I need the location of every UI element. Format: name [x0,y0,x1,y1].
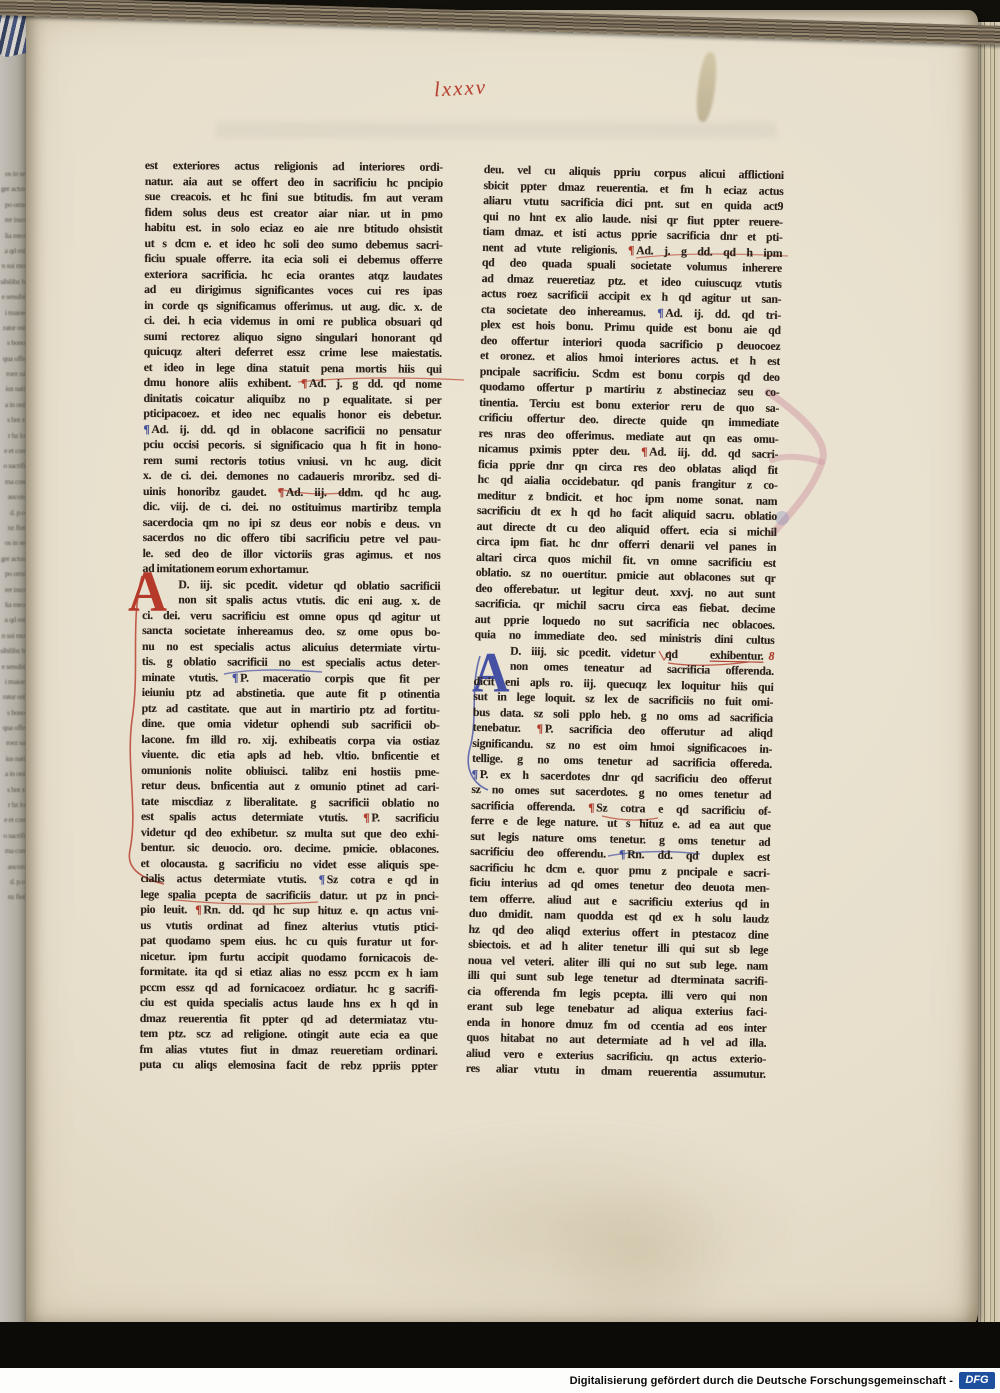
gutter-fragment: a qd est [0,243,28,258]
gutter-fragment: r hz lo [0,428,28,443]
gutter-fragment: roez sa [0,735,28,750]
text-line: ut s dcm e. et ideo hc soli deo sumo deb… [144,235,442,252]
text-line: nicetur. ipm furtu accipit quodamo forni… [140,948,438,965]
text-line: omunionis nolite obliuisci. talibz eni h… [141,762,439,779]
blue-paragraph-mark: ¶ [232,670,240,684]
manuscript-page: lxxxv A A est exteriores actus religioni… [26,10,978,1332]
parchment-stain [546,1180,736,1330]
text-line: fidem solus deus est creator aiar niar. … [145,204,443,221]
gutter-fragment: po oms [0,197,28,212]
gutter-fragment: a in oni [0,397,28,412]
text-line: pccm essz qd ad fornicacoez ordiatur. hc… [140,979,438,996]
text-line: sumi rectorez aliquo signo singulari hon… [144,328,442,345]
gutter-fragment: ratur ost [0,689,28,704]
text-line: x. de ci. dei. demones no cadaueris mror… [143,468,441,485]
gutter-fragment: roez sa [0,366,28,381]
text-line: ieiuniu ptz ad abstinetia. que aute fit … [142,685,440,702]
text-line: dine. que omia videtur ophendi sub sacri… [141,716,439,733]
red-underlined-word: exhibentur. [710,647,764,662]
text-line: et ideo in lege dina statuit pena mortis… [144,359,442,376]
gutter-fragment: lia meo [0,597,28,612]
digitization-credit-bar: Digitalisierung gefördert durch die Deut… [0,1368,1000,1393]
gutter-fragment: e sensibi [0,659,28,674]
text-line: et olocausta. g sacrificiu no videt esse… [141,855,439,872]
gutter-fragment: sibilibz h [0,643,28,658]
gutter-fragment: s bono [0,335,28,350]
text-line: pciu occisi pecoris. si significacio qua… [143,437,441,454]
gutter-fragment: n sui mo [0,628,28,643]
parchment-stain [326,1120,806,1330]
red-paragraph-mark: ¶ [537,721,545,735]
gutter-fragment: r hz lo [0,797,28,812]
red-paragraph-mark: ¶ [278,484,286,498]
pink-marginal-ornament [772,457,822,462]
gutter-fragment: d. p.o [0,874,28,889]
bleedthrough-band [216,122,776,138]
text-line: tem ptz. scz ad religione. otingit aute … [140,1026,438,1043]
text-line: in corde qs significamus offerimus. ut a… [144,297,442,314]
text-line: dinitatis coicatur aliquibz no p equalit… [143,390,441,407]
gutter-fragment: s hnt x [0,782,28,797]
text-column-right: deu. vel cu aliquis ppriu corpus alicui … [466,162,784,1082]
text-line: habitu est. in solo eciaz eo aie nre bti… [145,220,443,237]
text-line: rem sumi rectoris totius vniusi. vn hc a… [143,452,441,469]
gutter-fragment: i maioe [0,674,28,689]
text-line: retur deus. bnficentia aut z omunio ptin… [141,778,439,795]
gutter-fragment: ger actus [0,181,28,196]
gutter-fragment: a in oni [0,766,28,781]
gutter-fragment: d. p.o [0,505,28,520]
text-line: lacone. fm illd ro. xij. exhibeatis corp… [141,731,439,748]
gutter-fragment: e sensibi [0,289,28,304]
blue-paragraph-mark: ¶ [143,421,151,435]
text-line: ad eu dirigimus significantes voces cui … [144,282,442,299]
text-line: natur. aia aut se offert deo in sacrific… [145,173,443,190]
text-line: est exteriores actus religionis ad inter… [145,158,443,175]
gutter-fragment: qua offe [0,720,28,735]
gutter-fragment: ma con [0,843,28,858]
text-line: ptz ad castitate. que aut in martirio pt… [142,700,440,717]
gutter-fragment: lia meo [0,228,28,243]
text-line: dmaz reuerentia fit ppter qd ad determia… [140,1010,438,1027]
text-line: sacerdocia qm no ipi sz deus eor nobis e… [143,514,441,531]
text-line: viuente. dic etia apls ad heb. vltio. bn… [141,747,439,764]
gutter-fragment: n sui mo [0,258,28,273]
text-line: ci. dei. h ecia videmus in omi re public… [144,313,442,330]
text-line: le. sed deo de illor victoriis gras agim… [143,545,441,562]
gutter-fragment: a qd est [0,612,28,627]
blue-paragraph-mark: ¶ [657,305,665,319]
red-paragraph-mark: ¶ [588,800,596,814]
gutter-fragment: sibilibz h [0,274,28,289]
text-line: formitate. ita qd si etiaz alias no essz… [140,964,438,981]
text-line: cialis actus determiate vtutis. ¶Sz cotr… [141,871,439,888]
text-line: uinis honoribz gaudet. ¶Ad. iij. ddm. qd… [143,483,441,500]
red-paragraph-mark: ¶ [628,242,636,256]
red-paragraph-mark: ¶ [195,902,203,916]
text-column-left: est exteriores actus religionis ad inter… [139,158,443,1074]
text-line: sacerdos no dic offero tibi sacrificiu p… [143,530,441,547]
gutter-fragment: rer inso [0,582,28,597]
red-paragraph-mark: ¶ [641,444,649,458]
text-line: minate vtutis. ¶P. maceratio corpis que … [142,669,440,686]
gutter-fragment: nz fiut [0,520,28,535]
text-line: us vtutis ordinat ad finez alterius vtut… [140,917,438,934]
text-line: pio leuit. ¶Rn. dd. qd hc sup hituz e. q… [140,902,438,919]
text-line: sancta societate inhereamus deo. sz ome … [142,623,440,640]
gutter-fragment: os in se [0,166,28,181]
text-line: ¶Ad. ij. dd. qd in oblacone sacrificii n… [143,421,441,438]
red-reference-mark: 8 [763,648,774,662]
credit-text: Digitalisierung gefördert durch die Deut… [570,1375,953,1387]
gutter-fragment: ma con [0,474,28,489]
gutter-fragment: e et con [0,812,28,827]
gutter-fragment: e et con [0,443,28,458]
blue-paragraph-mark: ¶ [472,766,480,780]
gutter-fragment: qua offe [0,351,28,366]
blue-ink-blot [775,511,789,525]
text-line: sue creacois. et hc fini sue btitudis. f… [145,189,443,206]
text-line: quicuqz alteri deferret essz crime lese … [144,344,442,361]
red-paragraph-mark: ¶ [363,810,371,824]
text-line: lege spalia pcepta de sacrificiis datur.… [140,886,438,903]
text-line: tis. g oblatio sacrificii no est special… [142,654,440,671]
text-line: dic. viij. de ci. dei. no ostituimus mar… [143,499,441,516]
folio-number: lxxxv [433,75,487,103]
gutter-fragment: nz fiut [0,889,28,904]
text-line: fm alias vtutes fiut in dmaz reueretiam … [140,1041,438,1058]
gutter-fragment: ius nati [0,381,28,396]
text-line: ci. dei. veru sacrificiu est omne opus q… [142,607,440,624]
text-line: D. iij. sic pcedit. videtur qd oblatio s… [142,576,440,593]
text-line: dmu honore aliis exhibent. ¶Ad. j. g dd.… [144,375,442,392]
backdrop-shadow [0,1322,1000,1368]
text-line: est spalis actus determiate vtutis. ¶P. … [141,809,439,826]
text-line: exteriora sacrificia. hc ecia orantes at… [144,266,442,283]
text-line: pat quodamo spem eius. hc cu quis furatu… [140,933,438,950]
gutter-fragment: i maioe [0,305,28,320]
text-line: puta cu aliqs elemosina facit de rebz pp… [139,1057,437,1074]
text-line: videtur qd deo exhibetur. sz multa sut q… [141,824,439,841]
gutter-fragment: ius nati [0,751,28,766]
gutter-fragment: aucois [0,859,28,874]
text-line: ficiu spuale offerre. ita ecia soli ei d… [144,251,442,268]
gutter-text-fragments: os in seger actuspo omsrer insolia meoa … [0,166,28,905]
gutter-fragment: ratur ost [0,320,28,335]
parchment-stain [694,51,719,123]
gutter-fragment: o sacrifi [0,828,28,843]
text-line: non sit spalis actus vtutis. dic eni aug… [142,592,440,609]
text-line: pticipacoez. et ideo nec equalis honor e… [143,406,441,423]
text-line: bentur. sic deuocio. oro. decime. pmicie… [141,840,439,857]
blue-paragraph-mark: ¶ [619,847,627,861]
text-line: ad imitationem eorum exhortamur. [142,561,440,578]
digitized-book-photo: os in seger actuspo omsrer insolia meoa … [0,0,1000,1393]
gutter-fragment: rer inso [0,212,28,227]
gutter-fragment: o sacrifi [0,458,28,473]
text-line: nu no est specialis actus alicuius deter… [142,638,440,655]
blue-paragraph-mark: ¶ [319,872,327,886]
gutter-fragment: ger actus [0,551,28,566]
dfg-logo: DFG [959,1372,995,1389]
gutter-fragment: os in se [0,535,28,550]
gutter-fragment: aucois [0,489,28,504]
text-line: ciu est quida specialis actus laude hns … [140,995,438,1012]
gutter-fragment: po oms [0,566,28,581]
gutter-fragment: s hnt x [0,412,28,427]
book-fore-edge [978,22,1000,1332]
gutter-fragment: s bono [0,705,28,720]
text-line: tate miscdiaz z liberalitate. g sacrific… [141,793,439,810]
red-paragraph-mark: ¶ [301,376,309,390]
